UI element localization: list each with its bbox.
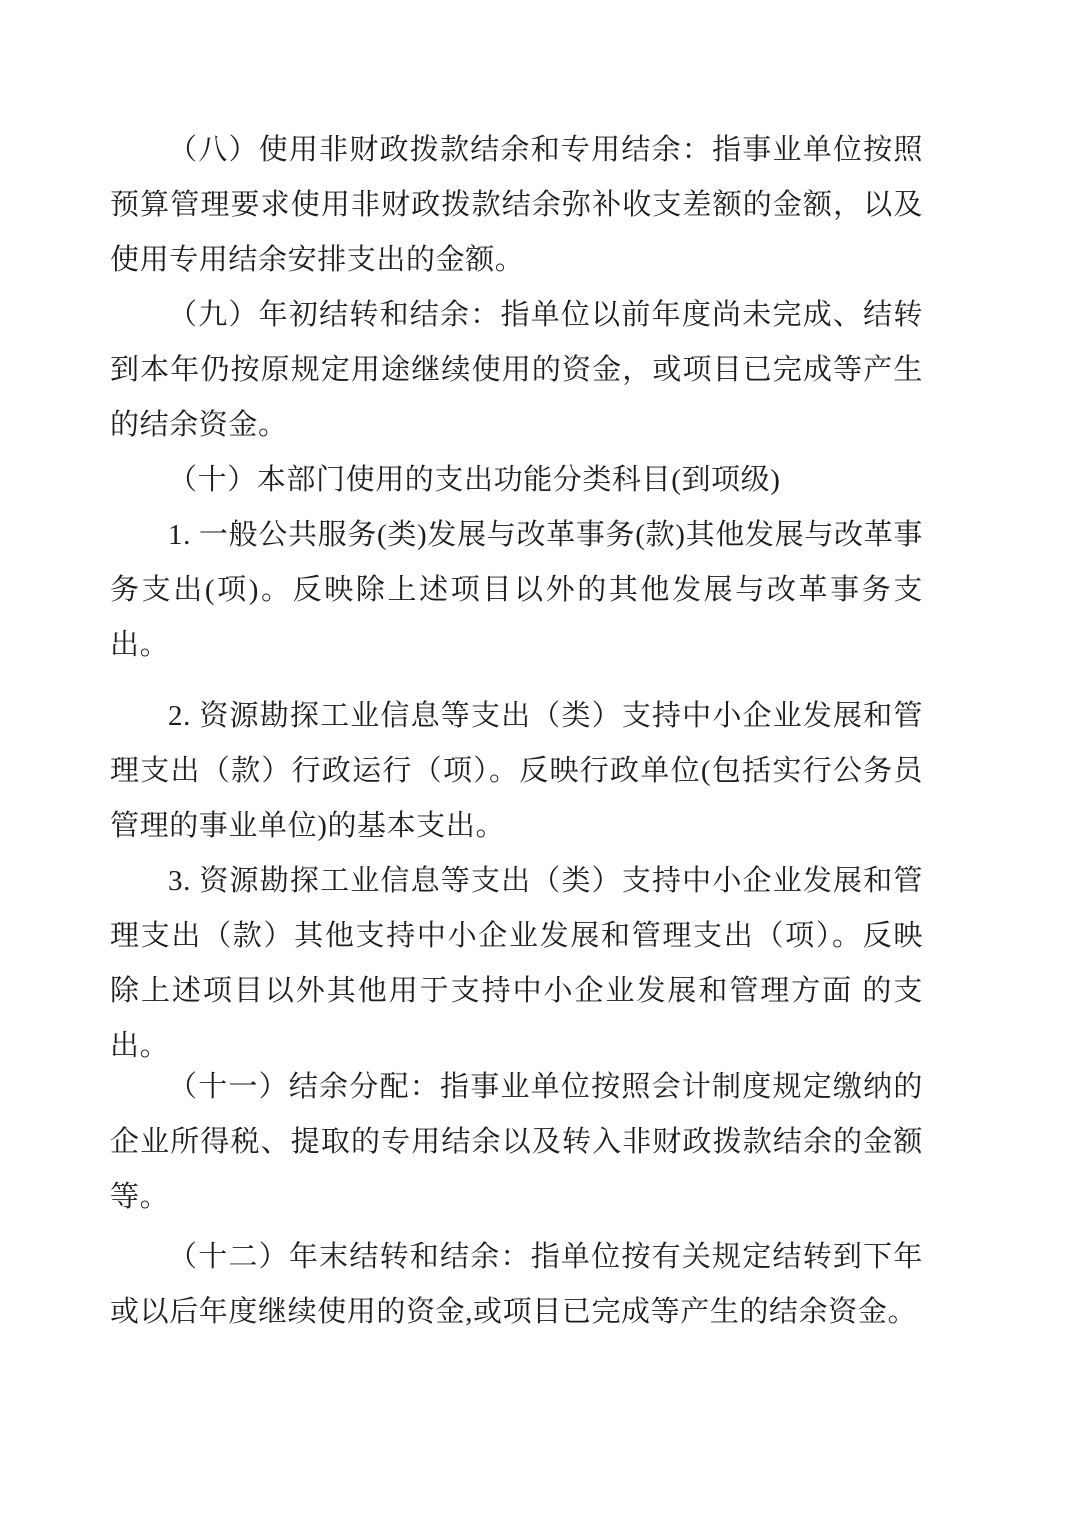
paragraph-item-10-1: 1. 一般公共服务(类)发展与改革事务(款)其他发展与改革事务支出(项)。反映除… — [110, 508, 923, 673]
paragraph-item-9: （九）年初结转和结余：指单位以前年度尚未完成、结转到本年仍按原规定用途继续使用的… — [110, 288, 923, 453]
document-page: （八）使用非财政拨款结余和专用结余：指事业单位按照预算管理要求使用非财政拨款结余… — [0, 0, 1069, 1514]
document-body: （八）使用非财政拨款结余和专用结余：指事业单位按照预算管理要求使用非财政拨款结余… — [110, 123, 923, 1340]
paragraph-item-10-3: 3. 资源勘探工业信息等支出（类）支持中小企业发展和管理支出（款）其他支持中小企… — [110, 854, 923, 1074]
paragraph-item-11: （十一）结余分配：指事业单位按照会计制度规定缴纳的企业所得税、提取的专用结余以及… — [110, 1060, 923, 1225]
paragraph-item-10: （十）本部门使用的支出功能分类科目(到项级) — [110, 453, 923, 508]
paragraph-item-12: （十二）年末结转和结余：指单位按有关规定结转到下年或以后年度继续使用的资金,或项… — [110, 1230, 923, 1340]
paragraph-item-10-2: 2. 资源勘探工业信息等支出（类）支持中小企业发展和管理支出（款）行政运行（项）… — [110, 689, 923, 854]
paragraph-item-8: （八）使用非财政拨款结余和专用结余：指事业单位按照预算管理要求使用非财政拨款结余… — [110, 123, 923, 288]
